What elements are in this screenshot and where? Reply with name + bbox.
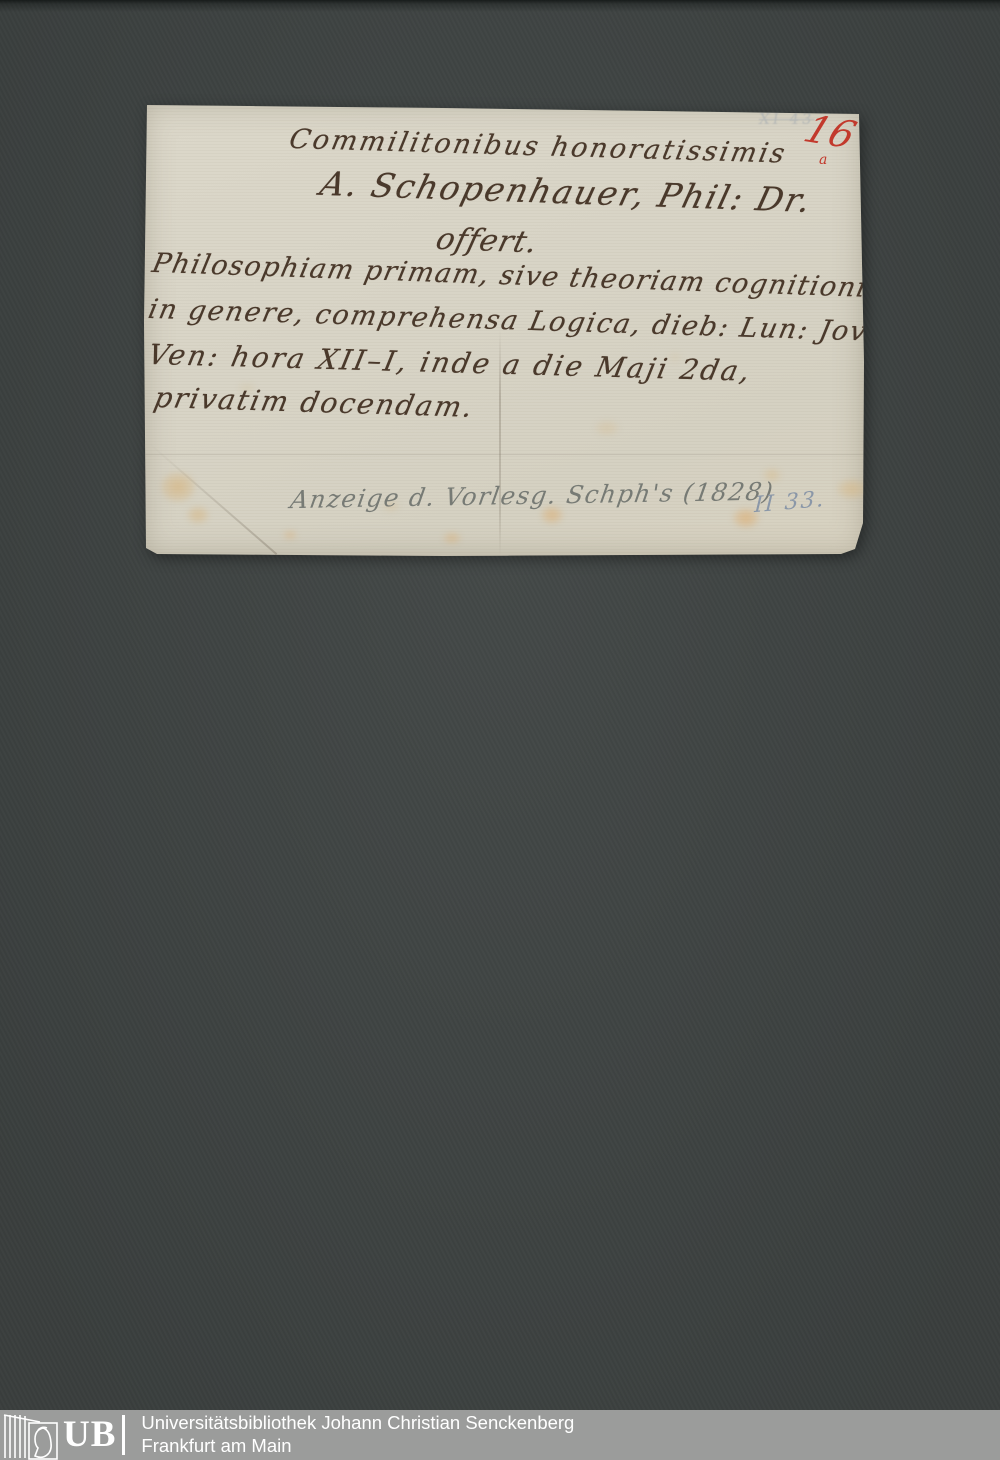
foxing-stain	[595, 420, 619, 436]
goethe-portrait-icon	[29, 1423, 57, 1459]
library-logo-graphic	[2, 1410, 60, 1460]
library-caption: Universitätsbibliothek Johann Christian …	[141, 1412, 574, 1457]
logo-divider	[122, 1415, 125, 1455]
ub-logo-text: UB	[63, 1410, 116, 1460]
library-watermark-bar: UB Universitätsbibliothek Johann Christi…	[0, 1410, 1000, 1460]
foxing-stain	[283, 530, 297, 540]
foxing-stain	[187, 506, 209, 524]
manuscript-paper: XI 43 16 a Commilitonibus honoratissimis…	[143, 102, 865, 557]
foxing-stain	[443, 532, 461, 544]
foxing-stain	[161, 472, 195, 502]
manuscript-line-offert: offert.	[432, 222, 542, 260]
library-name: Universitätsbibliothek Johann Christian …	[141, 1412, 574, 1435]
folio-sub-mark-red: a	[819, 152, 827, 168]
ub-logo: UB	[0, 1410, 125, 1460]
library-city: Frankfurt am Main	[141, 1435, 574, 1458]
foxing-stain	[837, 479, 867, 499]
paper-crease-horizontal	[143, 454, 865, 455]
paper-sheet: XI 43 16 a Commilitonibus honoratissimis…	[143, 102, 865, 557]
